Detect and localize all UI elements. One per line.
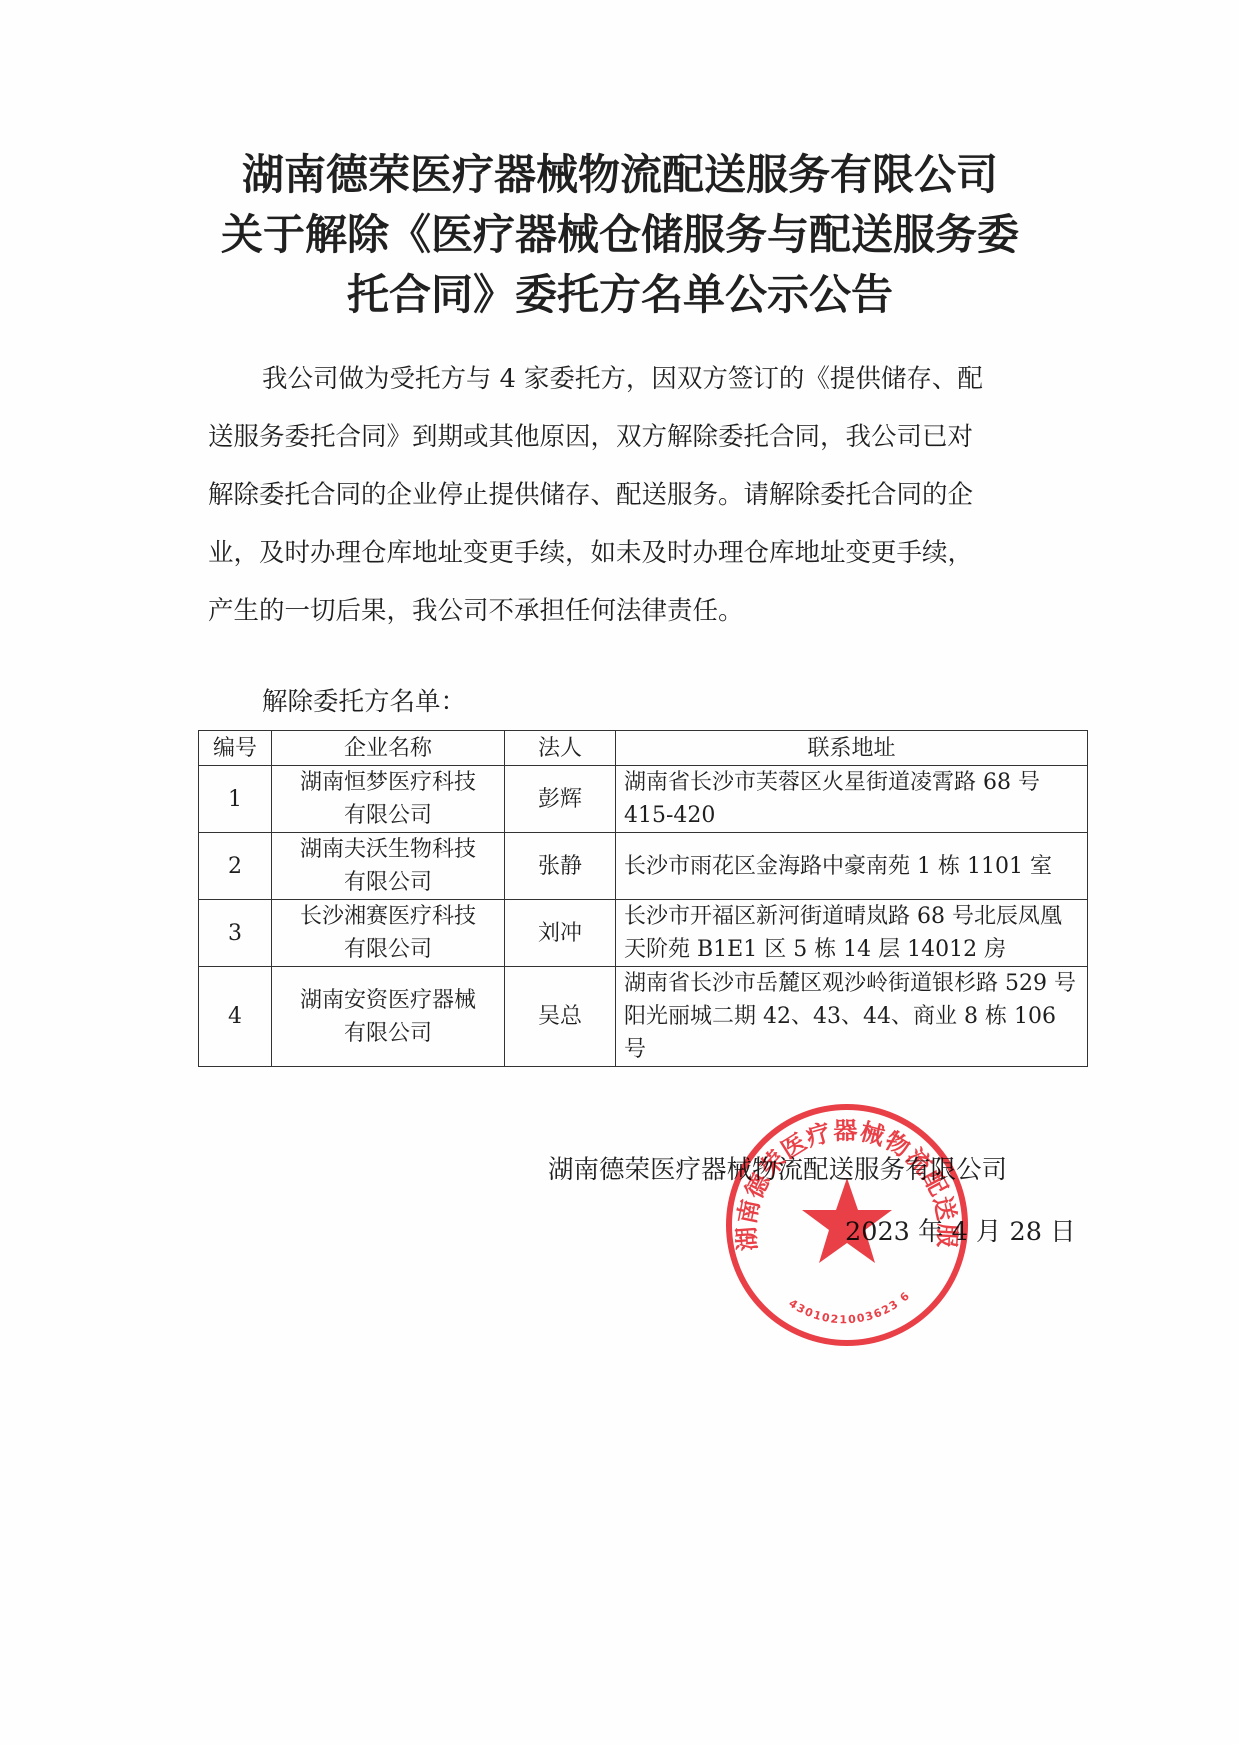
company-line: 有限公司 [280,1017,496,1050]
company-line: 湖南安资医疗器械 [280,984,496,1017]
body-line-4: 业，及时办理仓库地址变更手续，如未及时办理仓库地址变更手续， [208,524,1074,582]
cell-legal-person: 彭辉 [505,766,616,833]
company-line: 长沙湘赛医疗科技 [280,900,496,933]
svg-text:4301021003623 6: 4301021003623 6 [786,1289,913,1327]
title-line-1: 湖南德荣医疗器械物流配送服务有限公司 [180,145,1060,205]
body-line-3: 解除委托合同的企业停止提供储存、配送服务。请解除委托合同的企 [208,466,1074,524]
title-line-2: 关于解除《医疗器械仓储服务与配送服务委 [180,205,1060,265]
cell-company: 湖南安资医疗器械 有限公司 [272,967,505,1067]
company-seal-icon: 湖南德荣医疗器械物流配送服务有限公司 4301021003623 6 [722,1100,972,1350]
cell-company: 湖南恒梦医疗科技 有限公司 [272,766,505,833]
table-row: 2 湖南夫沃生物科技 有限公司 张静 长沙市雨花区金海路中豪南苑 1 栋 110… [199,833,1088,900]
cell-legal-person: 吴总 [505,967,616,1067]
document-page: 湖南德荣医疗器械物流配送服务有限公司 关于解除《医疗器械仓储服务与配送服务委 托… [0,0,1239,1745]
cell-number: 1 [199,766,272,833]
announcement-body: 我公司做为受托方与 4 家委托方，因双方签订的《提供储存、配 送服务委托合同》到… [208,350,1074,640]
body-line-2: 送服务委托合同》到期或其他原因，双方解除委托合同，我公司已对 [208,408,1074,466]
cell-address: 长沙市雨花区金海路中豪南苑 1 栋 1101 室 [616,833,1088,900]
table-row: 4 湖南安资医疗器械 有限公司 吴总 湖南省长沙市岳麓区观沙岭街道银杉路 529… [199,967,1088,1067]
entrust-party-table: 编号 企业名称 法人 联系地址 1 湖南恒梦医疗科技 有限公司 彭辉 湖南省长沙… [198,730,1088,1067]
company-line: 湖南恒梦医疗科技 [280,766,496,799]
company-line: 有限公司 [280,799,496,832]
cell-legal-person: 刘冲 [505,900,616,967]
cell-number: 2 [199,833,272,900]
company-line: 有限公司 [280,866,496,899]
table-header-row: 编号 企业名称 法人 联系地址 [199,731,1088,766]
header-legal-person: 法人 [505,731,616,766]
cell-number: 4 [199,967,272,1067]
company-line: 湖南夫沃生物科技 [280,833,496,866]
cell-company: 长沙湘赛医疗科技 有限公司 [272,900,505,967]
cell-address: 湖南省长沙市芙蓉区火星街道凌霄路 68 号 415-420 [616,766,1088,833]
document-title: 湖南德荣医疗器械物流配送服务有限公司 关于解除《医疗器械仓储服务与配送服务委 托… [180,145,1060,325]
title-line-3: 托合同》委托方名单公示公告 [180,265,1060,325]
cell-legal-person: 张静 [505,833,616,900]
table-row: 3 长沙湘赛医疗科技 有限公司 刘冲 长沙市开福区新河街道晴岚路 68 号北辰凤… [199,900,1088,967]
cell-address: 湖南省长沙市岳麓区观沙岭街道银杉路 529 号阳光丽城二期 42、43、44、商… [616,967,1088,1067]
cell-company: 湖南夫沃生物科技 有限公司 [272,833,505,900]
cell-number: 3 [199,900,272,967]
header-company: 企业名称 [272,731,505,766]
header-address: 联系地址 [616,731,1088,766]
seal-code: 4301021003623 6 [786,1289,913,1327]
header-number: 编号 [199,731,272,766]
body-line-1: 我公司做为受托方与 4 家委托方，因双方签订的《提供储存、配 [208,350,1074,408]
table-row: 1 湖南恒梦医疗科技 有限公司 彭辉 湖南省长沙市芙蓉区火星街道凌霄路 68 号… [199,766,1088,833]
company-line: 有限公司 [280,933,496,966]
list-label: 解除委托方名单： [262,682,466,718]
cell-address: 长沙市开福区新河街道晴岚路 68 号北辰凤凰天阶苑 B1E1 区 5 栋 14 … [616,900,1088,967]
body-line-5: 产生的一切后果，我公司不承担任何法律责任。 [208,582,1074,640]
